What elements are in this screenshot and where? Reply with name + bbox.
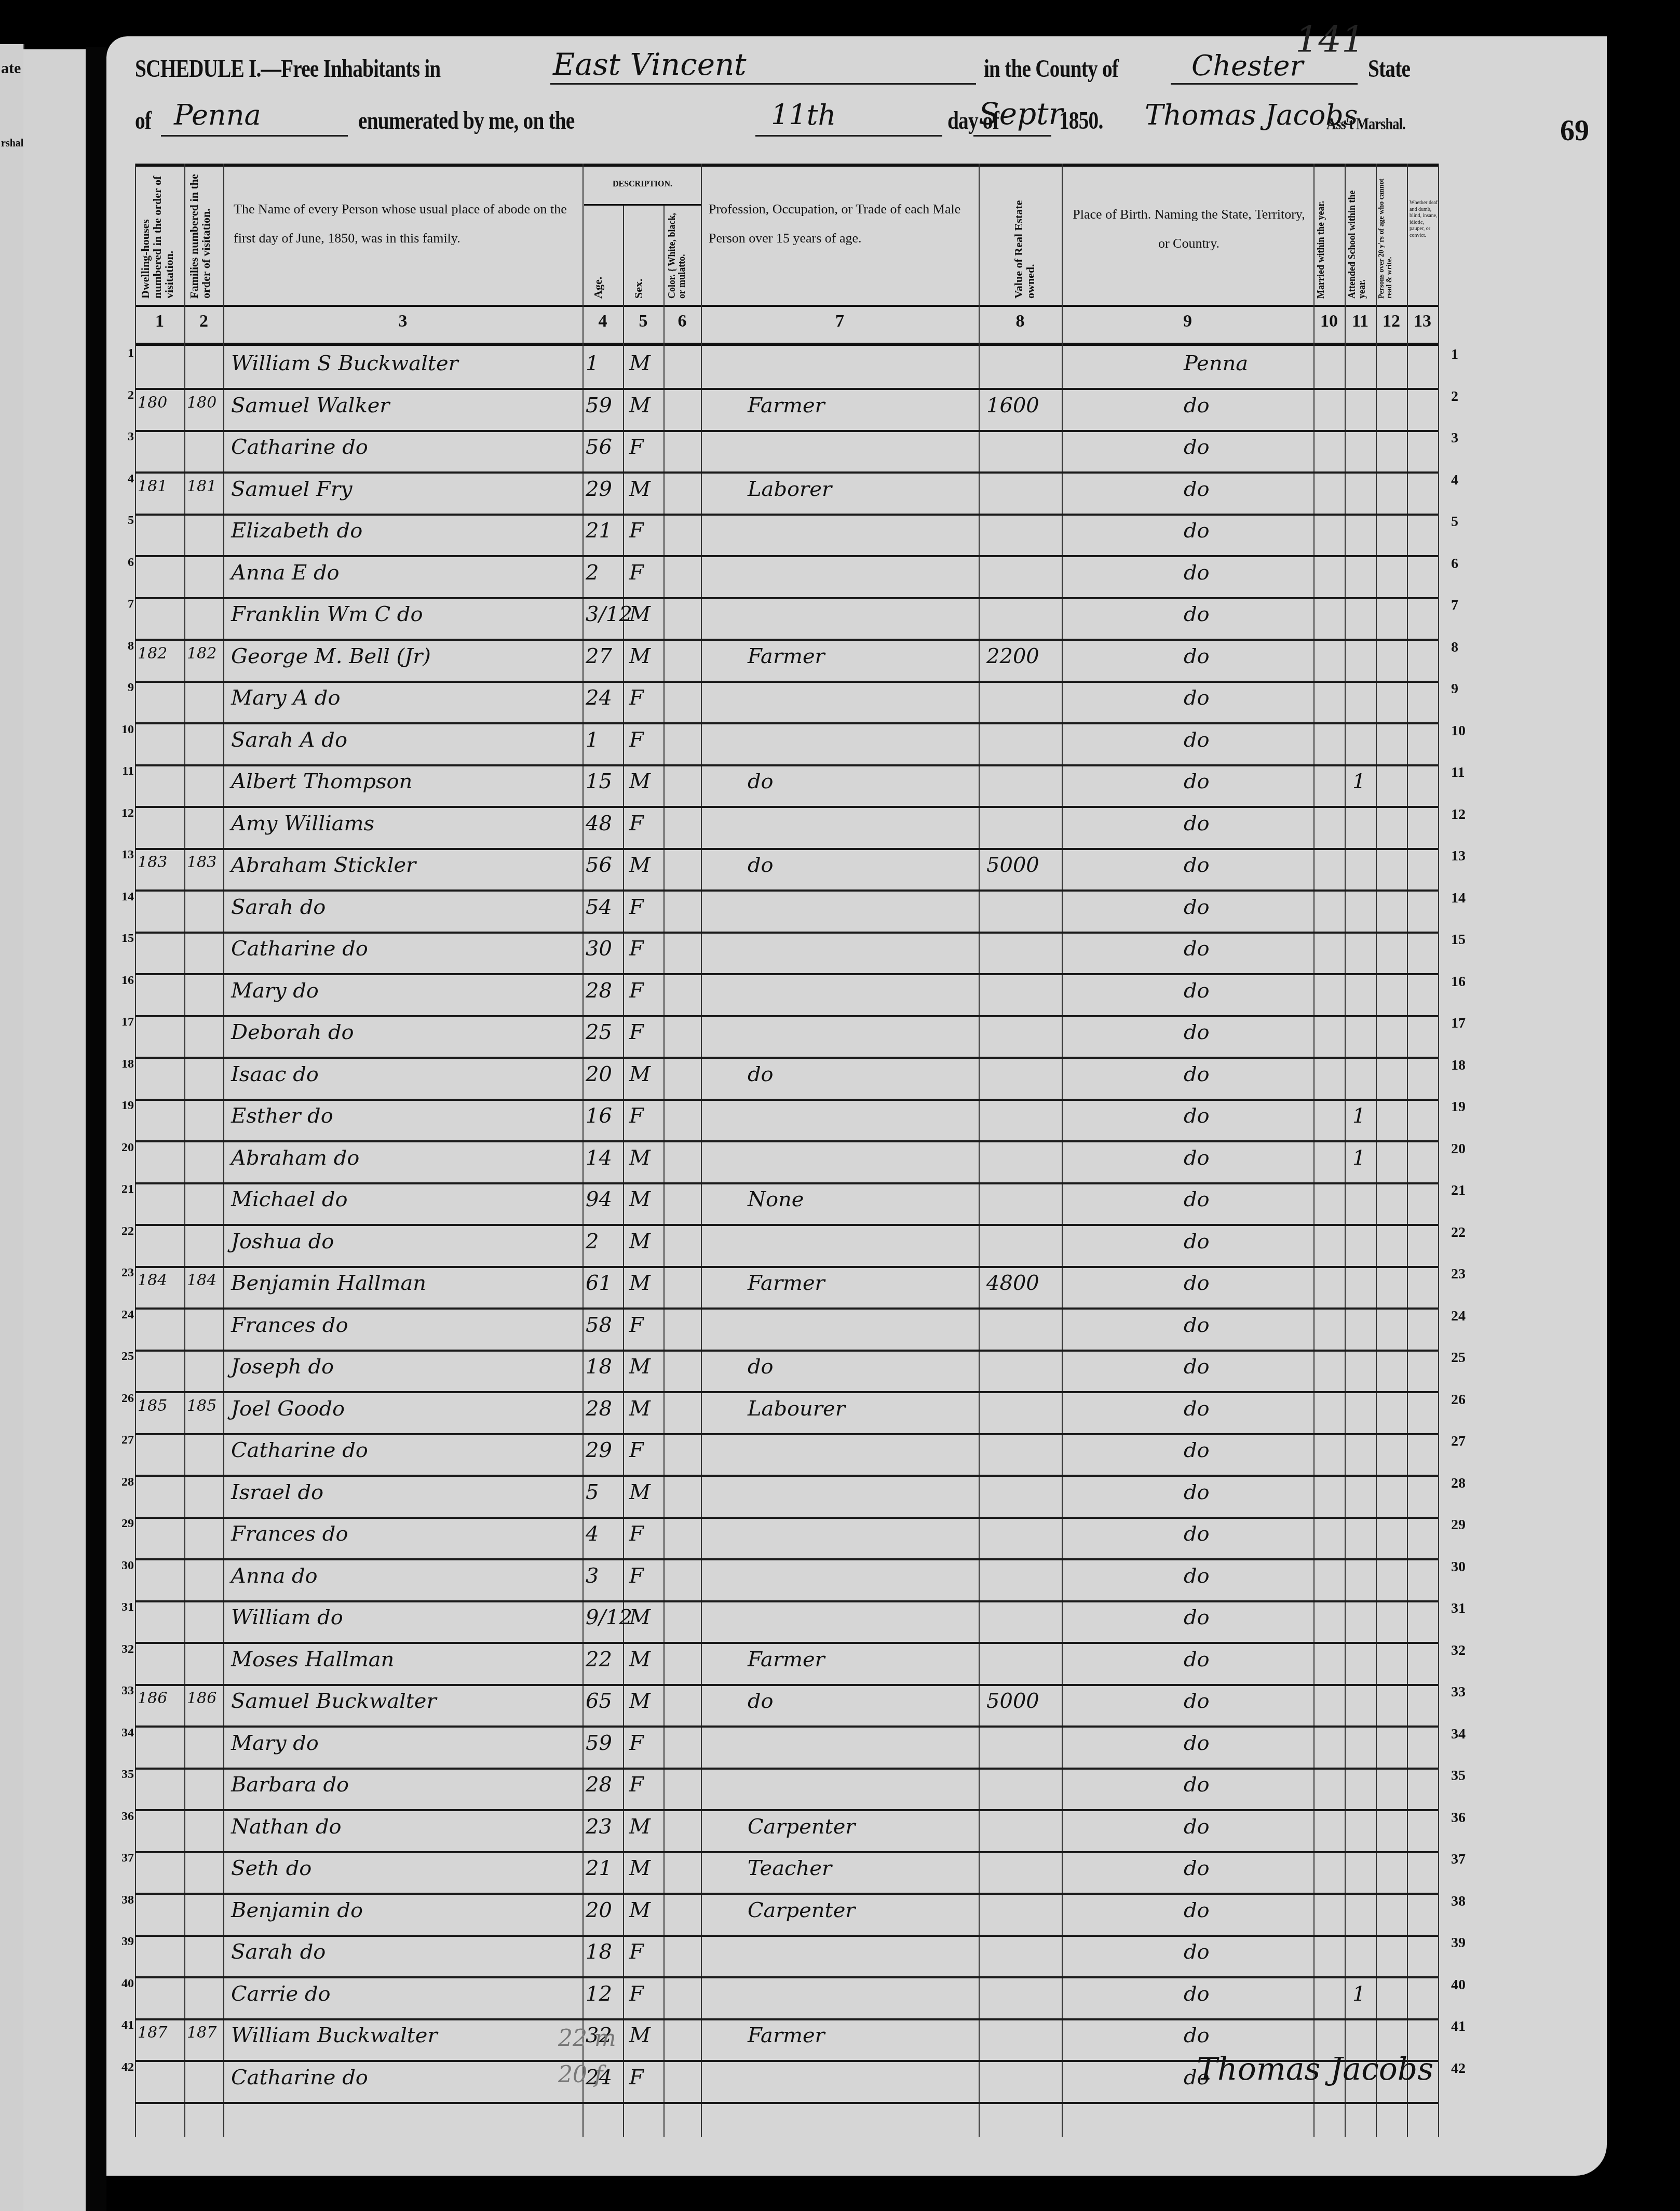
line-number-left: 6: [119, 556, 134, 570]
line-number-right: 41: [1451, 2018, 1482, 2035]
line-number-right: 6: [1451, 556, 1482, 572]
dwelling-number: 181: [138, 477, 167, 495]
age: 23: [586, 1815, 612, 1839]
line-number-right: 17: [1451, 1015, 1482, 1032]
person-name: Franklin Wm C do: [231, 602, 423, 626]
age: 24: [586, 686, 612, 710]
age: 21: [586, 1856, 612, 1880]
line-number-left: 36: [119, 1810, 134, 1824]
birthplace: do: [1184, 2024, 1210, 2047]
age: 18: [586, 1355, 612, 1379]
line-number-left: 11: [119, 764, 134, 778]
col-10-header: Married within the year.: [1316, 174, 1342, 299]
sex: F: [629, 1438, 644, 1462]
line-number-right: 18: [1451, 1057, 1482, 1074]
birthplace: do: [1184, 1856, 1210, 1880]
line-number-right: 16: [1451, 974, 1482, 990]
col-3-header: The Name of every Person whose usual pla…: [234, 195, 576, 253]
occupation: Farmer: [748, 1648, 825, 1671]
prev-page-header-fragment: ate: [1, 60, 21, 77]
attended-school-mark: 1: [1352, 1104, 1365, 1128]
family-number: 184: [187, 1271, 216, 1289]
age: 3: [586, 1564, 599, 1588]
line-number-left: 28: [119, 1475, 134, 1489]
line-number-right: 19: [1451, 1099, 1482, 1115]
age: 21: [586, 519, 612, 543]
line-number-left: 20: [119, 1141, 134, 1155]
birthplace: do: [1184, 1564, 1210, 1588]
line-number-right: 24: [1451, 1308, 1482, 1325]
age: 28: [586, 979, 612, 1003]
person-name: Seth do: [231, 1856, 311, 1880]
person-name: William Buckwalter: [231, 2024, 438, 2047]
birthplace: do: [1184, 477, 1210, 501]
person-name: Anna E do: [231, 561, 340, 585]
person-name: Sarah do: [231, 1940, 326, 1964]
line-number-right: 39: [1451, 1935, 1482, 1951]
table-row: 13 183 183 Abraham Stickler 56 M do 5000…: [135, 848, 1438, 892]
birthplace: do: [1184, 1313, 1210, 1337]
year-label: 1850.: [1059, 106, 1103, 135]
attended-school-mark: 1: [1352, 1146, 1365, 1170]
table-row: 12 Amy Williams 48 F do 12: [135, 806, 1438, 850]
person-name: Samuel Buckwalter: [231, 1689, 437, 1713]
table-row: 34 Mary do 59 F do 34: [135, 1726, 1438, 1770]
occupation: Laborer: [748, 477, 832, 501]
sex: F: [629, 1940, 644, 1964]
age: 30: [586, 937, 612, 961]
of-label: of: [135, 106, 151, 135]
real-estate-value: 2200: [986, 644, 1039, 668]
birthplace: do: [1184, 1146, 1210, 1170]
line-number-right: 10: [1451, 723, 1482, 739]
line-number-right: 5: [1451, 514, 1482, 530]
real-estate-value: 1600: [986, 394, 1039, 417]
sex: F: [629, 812, 644, 835]
schedule-title: SCHEDULE I.—Free Inhabitants in: [135, 55, 440, 83]
table-row: 15 Catharine do 30 F do 15: [135, 932, 1438, 975]
birthplace: do: [1184, 1397, 1210, 1421]
table-row: 27 Catharine do 29 F do 27: [135, 1433, 1438, 1477]
table-top-rule: [135, 164, 1438, 167]
age: 27: [586, 644, 612, 668]
col-1-header: Dwelling-houses numbered in the order of…: [139, 174, 181, 299]
col-11-number: 11: [1345, 312, 1376, 331]
table-row: 25 Joseph do 18 M do do 25: [135, 1350, 1438, 1393]
township-underline: [550, 83, 976, 85]
occupation: do: [748, 1689, 774, 1713]
age: 65: [586, 1689, 612, 1713]
birthplace: do: [1184, 770, 1210, 793]
family-number: 186: [187, 1689, 216, 1707]
sex: M: [629, 1689, 651, 1713]
line-number-left: 5: [119, 514, 134, 528]
line-number-right: 33: [1451, 1684, 1482, 1701]
line-number-left: 32: [119, 1642, 134, 1656]
table-row: 21 Michael do 94 M None do 21: [135, 1182, 1438, 1226]
line-number-left: 42: [119, 2060, 134, 2074]
line-number-left: 22: [119, 1224, 134, 1238]
township-value: East Vincent: [553, 47, 747, 82]
col-11-header: Attended School within the year.: [1347, 174, 1373, 299]
birthplace: do: [1184, 561, 1210, 585]
person-name: Benjamin do: [231, 1898, 363, 1922]
birthplace: do: [1184, 644, 1210, 668]
line-number-right: 9: [1451, 681, 1482, 697]
table-row: 23 184 184 Benjamin Hallman 61 M Farmer …: [135, 1266, 1438, 1310]
person-name: Catharine do: [231, 937, 368, 961]
person-name: Albert Thompson: [231, 770, 412, 793]
table-row: 33 186 186 Samuel Buckwalter 65 M do 500…: [135, 1684, 1438, 1728]
col-7-number: 7: [701, 312, 979, 331]
person-name: Michael do: [231, 1188, 348, 1211]
person-name: Catharine do: [231, 1438, 368, 1462]
person-name: Frances do: [231, 1522, 348, 1546]
family-number: 180: [187, 394, 216, 412]
sex: M: [629, 2024, 651, 2047]
person-name: George M. Bell (Jr): [231, 644, 431, 668]
person-name: Carrie do: [231, 1982, 331, 2006]
line-number-left: 4: [119, 472, 134, 486]
col-2-number: 2: [184, 312, 223, 331]
real-estate-value: 5000: [986, 1689, 1039, 1713]
birthplace: do: [1184, 1062, 1210, 1086]
col-10-number: 10: [1313, 312, 1345, 331]
sex: M: [629, 1271, 651, 1295]
table-row: 31 William do 9/12 M do 31: [135, 1600, 1438, 1644]
person-name: William do: [231, 1606, 343, 1629]
census-page: SCHEDULE I.—Free Inhabitants in East Vin…: [106, 36, 1607, 2176]
table-row: 7 Franklin Wm C do 3/12 M do 7: [135, 597, 1438, 641]
col-8-number: 8: [979, 312, 1062, 331]
person-name: Anna do: [231, 1564, 318, 1588]
line-number-right: 28: [1451, 1475, 1482, 1492]
person-name: Isaac do: [231, 1062, 319, 1086]
line-number-left: 23: [119, 1266, 134, 1280]
age: 3/12: [586, 602, 632, 626]
line-number-right: 29: [1451, 1517, 1482, 1533]
county-label: in the County of: [984, 55, 1118, 83]
line-number-right: 12: [1451, 806, 1482, 823]
marshal-label: Ass't Marshal.: [1326, 114, 1405, 133]
county-value: Chester: [1191, 49, 1303, 82]
sex: M: [629, 1397, 651, 1421]
line-number-left: 3: [119, 430, 134, 444]
line-number-right: 25: [1451, 1350, 1482, 1366]
table-row: 18 Isaac do 20 M do do 18: [135, 1057, 1438, 1101]
person-name: Elizabeth do: [231, 519, 362, 543]
stamped-page-number: 141: [1295, 18, 1365, 61]
line-number-right: 21: [1451, 1182, 1482, 1199]
occupation: Carpenter: [748, 1898, 855, 1922]
prev-page-marshal-fragment: rshal.: [1, 138, 26, 150]
occupation: do: [748, 770, 774, 793]
line-number-left: 25: [119, 1350, 134, 1364]
person-name: Samuel Fry: [231, 477, 353, 501]
occupation: do: [748, 1355, 774, 1379]
col-9-number: 9: [1062, 312, 1313, 331]
description-group-header: DESCRIPTION.: [587, 179, 698, 190]
line-number-left: 30: [119, 1559, 134, 1573]
birthplace: do: [1184, 1606, 1210, 1629]
dwelling-number: 182: [138, 644, 167, 663]
sex: F: [629, 895, 644, 919]
line-number-left: 14: [119, 890, 134, 904]
sex: F: [629, 1020, 644, 1044]
birthplace: do: [1184, 1355, 1210, 1379]
line-number-left: 21: [119, 1182, 134, 1196]
sex: M: [629, 1188, 651, 1211]
family-number: 183: [187, 853, 216, 871]
table-row: 11 Albert Thompson 15 M do do 1 11: [135, 764, 1438, 808]
col-9-header: Place of Birth. Naming the State, Territ…: [1069, 200, 1308, 258]
sex: M: [629, 1606, 651, 1629]
sex: F: [629, 519, 644, 543]
line-number-right: 34: [1451, 1726, 1482, 1743]
sex: F: [629, 937, 644, 961]
birthplace: do: [1184, 1480, 1210, 1504]
sex: F: [629, 1522, 644, 1546]
sex: M: [629, 853, 651, 877]
table-row: 36 Nathan do 23 M Carpenter do 36: [135, 1810, 1438, 1853]
table-row: 6 Anna E do 2 F do 6: [135, 556, 1438, 599]
age: 56: [586, 853, 612, 877]
age: 61: [586, 1271, 612, 1295]
col-1-number: 1: [135, 312, 184, 331]
age: 12: [586, 1982, 612, 2006]
line-number-right: 30: [1451, 1559, 1482, 1575]
col-3-number: 3: [223, 312, 582, 331]
birthplace: do: [1184, 853, 1210, 877]
line-number-left: 17: [119, 1015, 134, 1029]
state-label: State: [1368, 55, 1410, 83]
month-underline: [973, 135, 1051, 137]
table-row: 24 Frances do 58 F do 24: [135, 1308, 1438, 1352]
line-number-left: 35: [119, 1768, 134, 1782]
sex: M: [629, 1355, 651, 1379]
occupation: do: [748, 1062, 774, 1086]
day-value: 11th: [771, 99, 836, 131]
family-number: 181: [187, 477, 216, 495]
sex: F: [629, 979, 644, 1003]
person-name: Abraham do: [231, 1146, 359, 1170]
person-name: Catharine do: [231, 435, 368, 459]
table-row: 22 Joshua do 2 M do 22: [135, 1224, 1438, 1268]
col-6-number: 6: [663, 312, 701, 331]
line-number-right: 38: [1451, 1893, 1482, 1910]
col-4-number: 4: [582, 312, 623, 331]
line-number-left: 34: [119, 1726, 134, 1740]
table-row: 3 Catharine do 56 F do 3: [135, 430, 1438, 474]
line-number-right: 23: [1451, 1266, 1482, 1283]
line-number-right: 8: [1451, 639, 1482, 656]
line-number-left: 1: [119, 346, 134, 360]
person-name: Joel Goodo: [231, 1397, 345, 1421]
line-number-right: 37: [1451, 1851, 1482, 1868]
footer-signature: Thomas Jacobs: [1197, 2051, 1433, 2087]
age: 20: [586, 1898, 612, 1922]
occupation: Teacher: [748, 1856, 832, 1880]
sex: M: [629, 477, 651, 501]
line-number-right: 11: [1451, 764, 1482, 781]
age: 28: [586, 1773, 612, 1797]
tally-male: 22 m: [558, 2025, 616, 2052]
line-number-left: 39: [119, 1935, 134, 1949]
real-estate-value: 5000: [986, 853, 1039, 877]
person-name: Nathan do: [231, 1815, 342, 1839]
birthplace: do: [1184, 1188, 1210, 1211]
sex: M: [629, 770, 651, 793]
line-number-right: 2: [1451, 388, 1482, 405]
month-value: Septr: [979, 96, 1063, 131]
birthplace: Penna: [1184, 352, 1248, 375]
table-row: 4 181 181 Samuel Fry 29 M Laborer do 4: [135, 472, 1438, 516]
table-row: 40 Carrie do 12 F do 1 40: [135, 1977, 1438, 2020]
line-number-right: 32: [1451, 1642, 1482, 1659]
birthplace: do: [1184, 1522, 1210, 1546]
person-name: Benjamin Hallman: [231, 1271, 426, 1295]
day-underline: [755, 135, 942, 137]
line-number-left: 41: [119, 2018, 134, 2032]
table-row: 30 Anna do 3 F do 30: [135, 1559, 1438, 1602]
line-number-left: 15: [119, 932, 134, 946]
birthplace: do: [1184, 1940, 1210, 1964]
table-row: 2 180 180 Samuel Walker 59 M Farmer 1600…: [135, 388, 1438, 432]
printed-page-number: 69: [1560, 114, 1589, 147]
occupation: Labourer: [748, 1397, 845, 1421]
table-row: 28 Israel do 5 M do 28: [135, 1475, 1438, 1519]
county-underline: [1171, 83, 1358, 85]
line-number-right: 35: [1451, 1768, 1482, 1784]
birthplace: do: [1184, 602, 1210, 626]
age: 16: [586, 1104, 612, 1128]
sex: M: [629, 644, 651, 668]
dwelling-number: 185: [138, 1397, 167, 1415]
person-name: Mary A do: [231, 686, 341, 710]
line-number-left: 9: [119, 681, 134, 695]
table-row: 39 Sarah do 18 F do 39: [135, 1935, 1438, 1978]
age: 1: [586, 728, 599, 752]
marshal-signature: Thomas Jacobs: [1145, 99, 1358, 131]
col-2-header: Families numbered in the order of visita…: [188, 174, 220, 299]
dwelling-number: 184: [138, 1271, 167, 1289]
line-number-left: 31: [119, 1600, 134, 1614]
line-number-left: 38: [119, 1893, 134, 1907]
person-name: Sarah do: [231, 895, 326, 919]
person-name: Catharine do: [231, 2066, 368, 2089]
attended-school-mark: 1: [1352, 770, 1365, 793]
occupation: do: [748, 853, 774, 877]
birthplace: do: [1184, 1898, 1210, 1922]
line-number-left: 27: [119, 1433, 134, 1447]
person-name: Joseph do: [231, 1355, 334, 1379]
line-number-left: 33: [119, 1684, 134, 1698]
table-row: 1 William S Buckwalter 1 M Penna 1: [135, 346, 1438, 390]
person-name: Deborah do: [231, 1020, 354, 1044]
age: 25: [586, 1020, 612, 1044]
line-number-right: 40: [1451, 1977, 1482, 1993]
birthplace: do: [1184, 1731, 1210, 1755]
age: 20: [586, 1062, 612, 1086]
age: 1: [586, 352, 599, 375]
table-row: 5 Elizabeth do 21 F do 5: [135, 514, 1438, 557]
birthplace: do: [1184, 979, 1210, 1003]
sex: M: [629, 1815, 651, 1839]
age: 2: [586, 1230, 599, 1253]
col-5-number: 5: [623, 312, 663, 331]
line-number-left: 19: [119, 1099, 134, 1113]
age: 9/12: [586, 1606, 632, 1629]
occupation: Farmer: [748, 2024, 825, 2047]
table-row: 26 185 185 Joel Goodo 28 M Labourer do 2…: [135, 1392, 1438, 1435]
table-row: 32 Moses Hallman 22 M Farmer do 32: [135, 1642, 1438, 1686]
line-number-right: 22: [1451, 1224, 1482, 1241]
line-number-left: 13: [119, 848, 134, 862]
occupation: Farmer: [748, 644, 825, 668]
sex: F: [629, 1982, 644, 2006]
state-value: Penna: [174, 99, 261, 131]
line-number-left: 12: [119, 806, 134, 820]
table-row: 38 Benjamin do 20 M Carpenter do 38: [135, 1893, 1438, 1937]
line-number-left: 29: [119, 1517, 134, 1531]
person-name: Abraham Stickler: [231, 853, 416, 877]
previous-page-margin: [23, 49, 86, 2211]
birthplace: do: [1184, 812, 1210, 835]
age: 29: [586, 1438, 612, 1462]
line-number-left: 8: [119, 639, 134, 653]
occupation: Farmer: [748, 1271, 825, 1295]
line-number-right: 15: [1451, 932, 1482, 948]
sex: F: [629, 2066, 644, 2089]
sex: M: [629, 1062, 651, 1086]
sex: M: [629, 1230, 651, 1253]
birthplace: do: [1184, 1271, 1210, 1295]
line-number-left: 18: [119, 1057, 134, 1071]
age: 59: [586, 1731, 612, 1755]
person-name: Mary do: [231, 1731, 319, 1755]
line-number-right: 27: [1451, 1433, 1482, 1450]
line-number-right: 4: [1451, 472, 1482, 489]
table-row: 20 Abraham do 14 M do 1 20: [135, 1141, 1438, 1184]
col-5-header: Sex.: [632, 210, 658, 299]
birthplace: do: [1184, 519, 1210, 543]
birthplace: do: [1184, 895, 1210, 919]
person-name: Israel do: [231, 1480, 323, 1504]
family-number: 185: [187, 1397, 216, 1415]
table-row: 29 Frances do 4 F do 29: [135, 1517, 1438, 1560]
age: 28: [586, 1397, 612, 1421]
line-number-right: 3: [1451, 430, 1482, 447]
age: 2: [586, 561, 599, 585]
person-name: Samuel Walker: [231, 394, 389, 417]
sex: M: [629, 1898, 651, 1922]
col-7-header: Profession, Occupation, or Trade of each…: [709, 195, 973, 253]
line-number-right: 7: [1451, 597, 1482, 614]
person-name: Barbara do: [231, 1773, 349, 1797]
birthplace: do: [1184, 1648, 1210, 1671]
sex: M: [629, 1480, 651, 1504]
state-underline: [161, 135, 348, 137]
tally-female: 20 f: [558, 2061, 603, 2088]
line-number-left: 40: [119, 1977, 134, 1991]
line-number-left: 24: [119, 1308, 134, 1322]
col-12-header: Persons over 20 y'rs of age who cannot r…: [1378, 174, 1404, 299]
dwelling-number: 183: [138, 853, 167, 871]
col-13-header: Whether deaf and dumb, blind, insane, id…: [1410, 200, 1438, 239]
birthplace: do: [1184, 1773, 1210, 1797]
family-number: 182: [187, 644, 216, 663]
table-row: 14 Sarah do 54 F do 14: [135, 890, 1438, 934]
